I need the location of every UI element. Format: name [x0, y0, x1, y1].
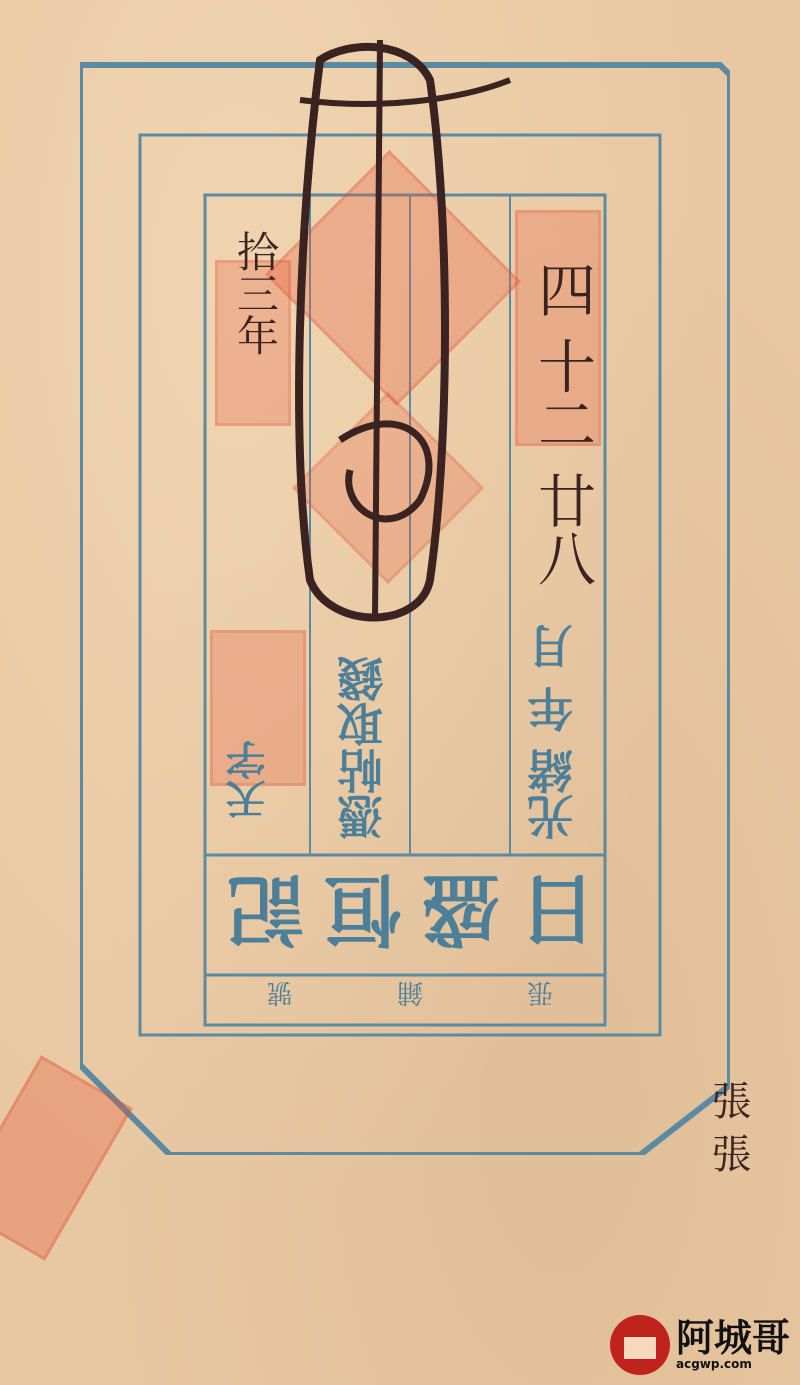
- header-char: 恒: [320, 859, 402, 971]
- header-char: 記: [223, 859, 305, 971]
- watermark: 阿城哥 acgwp.com: [610, 1315, 790, 1375]
- handwritten-side-note: 張 張: [700, 1080, 757, 1220]
- cancellation-brush-stroke: [280, 20, 540, 640]
- serial-column-printed: 天字: [220, 660, 277, 820]
- handwritten-serial: 拾三年: [225, 230, 285, 430]
- subheader-char: 鋪: [397, 977, 423, 1014]
- header-char: 盛: [418, 859, 500, 971]
- watermark-logo-icon: [610, 1315, 670, 1375]
- note-subheader: 張 鋪 號: [215, 975, 605, 1015]
- subheader-char: 張: [527, 977, 553, 1014]
- subheader-char: 號: [267, 977, 293, 1014]
- watermark-brand: 阿城哥: [676, 1319, 790, 1357]
- note-header: 日 盛 恒 記: [215, 855, 605, 975]
- header-char: 日: [515, 859, 597, 971]
